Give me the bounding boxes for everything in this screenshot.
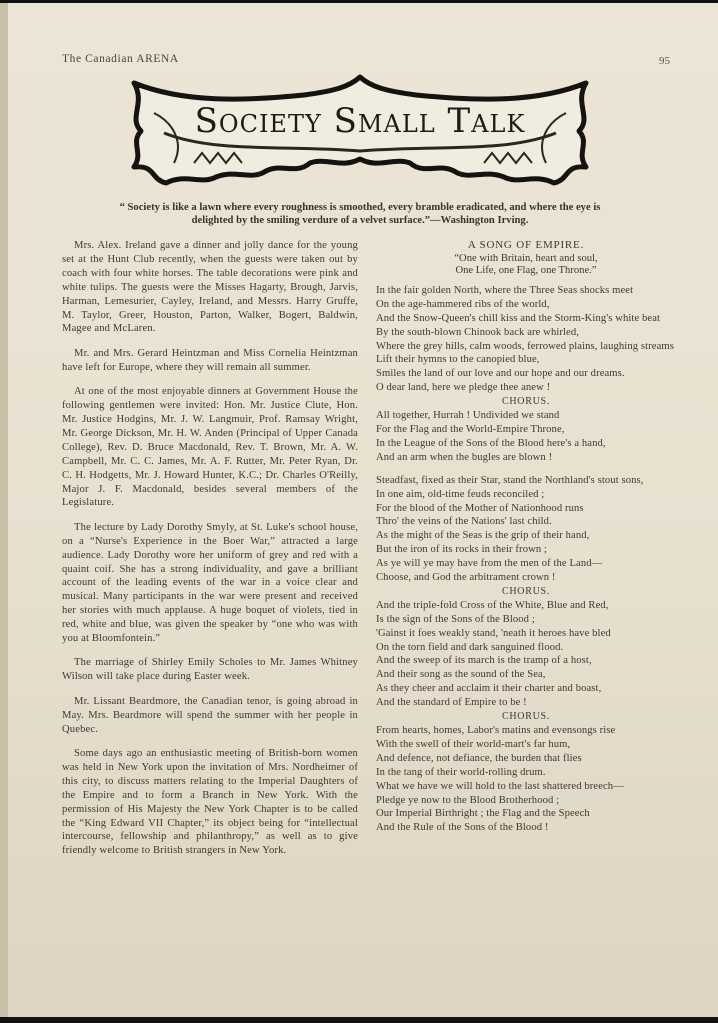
verse-line: On the torn field and dark sanguined flo… xyxy=(376,641,676,655)
title-banner: Society Small Talk xyxy=(124,73,596,191)
society-note: The lecture by Lady Dorothy Smyly, at St… xyxy=(62,521,358,646)
verse-line: Is the sign of the Sons of the Blood ; xyxy=(376,613,676,627)
verse-line: Pledge ye now to the Blood Brotherhood ; xyxy=(376,794,676,808)
verse-line: In the fair golden North, where the Thre… xyxy=(376,284,676,298)
verse-line: On the age-hammered ribs of the world, xyxy=(376,298,676,312)
chorus-label: CHORUS. xyxy=(376,585,676,599)
verse-line: In the tang of their world-rolling drum. xyxy=(376,766,676,780)
motto-line: One Life, one Flag, one Throne.” xyxy=(376,265,676,278)
stanza-3: And the triple-fold Cross of the White, … xyxy=(376,599,676,710)
verse-line: And an arm when the bugles are blown ! xyxy=(376,451,676,465)
verse-line: From hearts, homes, Labor's matins and e… xyxy=(376,724,676,738)
running-head: The Canadian ARENA xyxy=(62,53,179,65)
verse-line: In one aim, old-time feuds reconciled ; xyxy=(376,488,676,502)
magazine-page: The Canadian ARENA 95 Society Small Talk… xyxy=(0,3,718,1017)
verse-line: All together, Hurrah ! Undivided we stan… xyxy=(376,409,676,423)
page-edge xyxy=(0,3,8,1017)
epigraph: “ Society is like a lawn where every rou… xyxy=(60,202,660,227)
verse-line: With the swell of their world-mart's far… xyxy=(376,738,676,752)
stanza-1: In the fair golden North, where the Thre… xyxy=(376,284,676,395)
society-note: The marriage of Shirley Emily Scholes to… xyxy=(62,656,358,684)
verse-line: Lift their hymns to the canopied blue, xyxy=(376,353,676,367)
epigraph-line: “ Society is like a lawn where every rou… xyxy=(60,202,660,215)
verse-line: Choose, and God the arbitrament crown ! xyxy=(376,571,676,585)
verse-line: As the might of the Seas is the grip of … xyxy=(376,529,676,543)
verse-line: Steadfast, fixed as their Star, stand th… xyxy=(376,474,676,488)
society-note: Some days ago an enthusiastic meeting of… xyxy=(62,747,358,858)
verse-line: Where the grey hills, calm woods, ferrow… xyxy=(376,340,676,354)
society-note: Mr. and Mrs. Gerard Heintzman and Miss C… xyxy=(62,347,358,375)
verse-line: O dear land, here we pledge thee anew ! xyxy=(376,381,676,395)
verse-line: For the blood of the Mother of Nationhoo… xyxy=(376,502,676,516)
society-notes-column: Mrs. Alex. Ireland gave a dinner and jol… xyxy=(62,239,358,869)
chorus: All together, Hurrah ! Undivided we stan… xyxy=(376,409,676,465)
verse-line: But the iron of its rocks in their frown… xyxy=(376,543,676,557)
verse-line: And the Snow-Queen's chill kiss and the … xyxy=(376,312,676,326)
poem-title: A SONG OF EMPIRE. xyxy=(376,239,676,253)
verse-line: And the sweep of its march is the tramp … xyxy=(376,654,676,668)
verse-line: As they cheer and acclaim it their chart… xyxy=(376,682,676,696)
verse-line: And defence, not defiance, the burden th… xyxy=(376,752,676,766)
verse-line: And the standard of Empire to be ! xyxy=(376,696,676,710)
verse-line: Smiles the land of our love and our hope… xyxy=(376,367,676,381)
verse-line: And the triple-fold Cross of the White, … xyxy=(376,599,676,613)
poem-column: A SONG OF EMPIRE. “One with Britain, hea… xyxy=(376,239,676,835)
society-note: Mr. Lissant Beardmore, the Canadian teno… xyxy=(62,695,358,737)
verse-line: And the Rule of the Sons of the Blood ! xyxy=(376,821,676,835)
stanza-2: Steadfast, fixed as their Star, stand th… xyxy=(376,474,676,585)
chorus-label: CHORUS. xyxy=(376,710,676,724)
page-number: 95 xyxy=(659,55,670,67)
verse-line: Our Imperial Birthright ; the Flag and t… xyxy=(376,807,676,821)
verse-line: Thro' the veins of the Nations' last chi… xyxy=(376,515,676,529)
verse-line: What we have we will hold to the last sh… xyxy=(376,780,676,794)
verse-line: In the League of the Sons of the Blood h… xyxy=(376,437,676,451)
chorus-label: CHORUS. xyxy=(376,395,676,409)
section-title: Society Small Talk xyxy=(124,101,596,141)
verse-line: And their song as the sound of the Sea, xyxy=(376,668,676,682)
verse-line: By the south-blown Chinook back are whir… xyxy=(376,326,676,340)
verse-line: For the Flag and the World-Empire Throne… xyxy=(376,423,676,437)
verse-line: As ye will ye may have from the men of t… xyxy=(376,557,676,571)
society-note: Mrs. Alex. Ireland gave a dinner and jol… xyxy=(62,239,358,336)
society-note: At one of the most enjoyable dinners at … xyxy=(62,385,358,510)
poem-motto: “One with Britain, heart and soul, One L… xyxy=(376,253,676,278)
verse-line: 'Gainst it foes weakly stand, 'neath it … xyxy=(376,627,676,641)
epigraph-line: delighted by the smiling verdure of a ve… xyxy=(60,215,660,228)
stanza-4: From hearts, homes, Labor's matins and e… xyxy=(376,724,676,835)
motto-line: “One with Britain, heart and soul, xyxy=(376,253,676,266)
